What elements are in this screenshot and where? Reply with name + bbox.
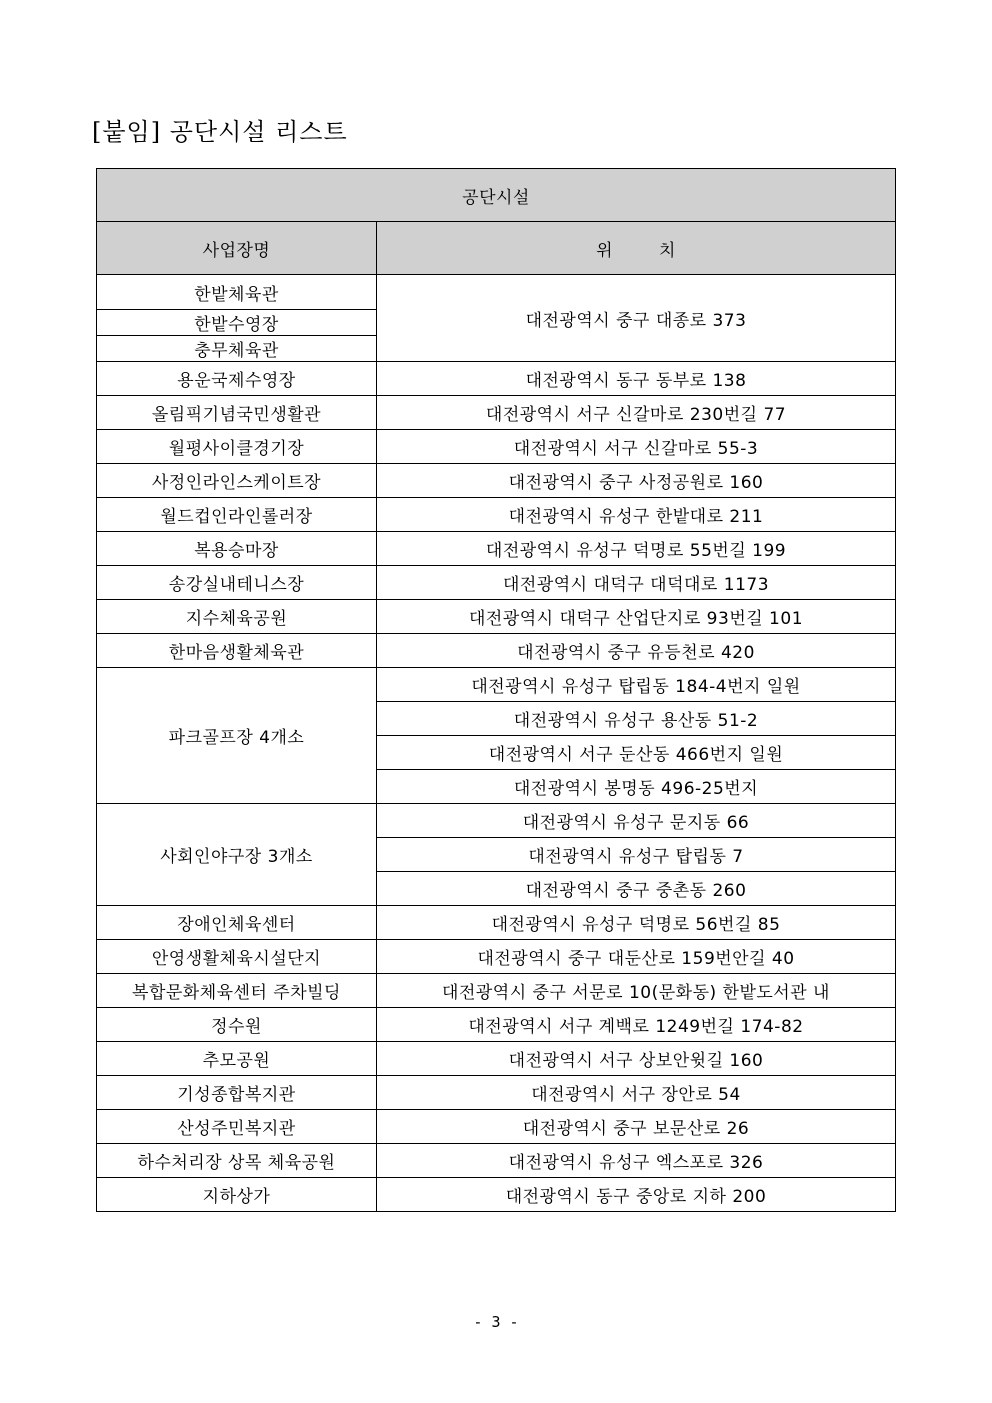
table-row: 올림픽기념국민생활관 대전광역시 서구 신갈마로 230번길 77 <box>97 396 896 430</box>
document-title: [붙임] 공단시설 리스트 <box>92 112 348 147</box>
facility-location: 대전광역시 대덕구 대덕대로 1173 <box>377 566 896 600</box>
facility-name: 월드컵인라인롤러장 <box>97 498 377 532</box>
facility-name: 복용승마장 <box>97 532 377 566</box>
facility-name: 용운국제수영장 <box>97 362 377 396</box>
facility-name: 충무체육관 <box>97 336 377 362</box>
facility-location: 대전광역시 중구 보문산로 26 <box>377 1110 896 1144</box>
table-row: 복용승마장 대전광역시 유성구 덕명로 55번길 199 <box>97 532 896 566</box>
facility-name: 지수체육공원 <box>97 600 377 634</box>
facility-location: 대전광역시 유성구 용산동 51-2 <box>377 702 896 736</box>
facility-location: 대전광역시 유성구 탑립동 7 <box>377 838 896 872</box>
facility-location: 대전광역시 봉명동 496-25번지 <box>377 770 896 804</box>
table-row: 추모공원 대전광역시 서구 상보안윗길 160 <box>97 1042 896 1076</box>
facility-name: 한밭체육관 <box>97 275 377 310</box>
facility-location: 대전광역시 중구 대종로 373 <box>377 275 896 362</box>
facility-name: 송강실내테니스장 <box>97 566 377 600</box>
table-row: 기성종합복지관 대전광역시 서구 장안로 54 <box>97 1076 896 1110</box>
facility-name: 기성종합복지관 <box>97 1076 377 1110</box>
facility-name: 사정인라인스케이트장 <box>97 464 377 498</box>
facility-table: 공단시설 사업장명 위 치 한밭체육관 대전광역시 중구 대종로 373 한밭수… <box>96 168 896 1212</box>
facility-location: 대전광역시 유성구 한밭대로 211 <box>377 498 896 532</box>
table-row: 한밭체육관 대전광역시 중구 대종로 373 <box>97 275 896 310</box>
facility-name: 복합문화체육센터 주차빌딩 <box>97 974 377 1008</box>
table-row: 송강실내테니스장 대전광역시 대덕구 대덕대로 1173 <box>97 566 896 600</box>
facility-location: 대전광역시 유성구 탑립동 184-4번지 일원 <box>377 668 896 702</box>
table-row: 하수처리장 상목 체육공원 대전광역시 유성구 엑스포로 326 <box>97 1144 896 1178</box>
page-number: - 3 - <box>0 1313 992 1331</box>
facility-name: 올림픽기념국민생활관 <box>97 396 377 430</box>
facility-location: 대전광역시 중구 대둔산로 159번안길 40 <box>377 940 896 974</box>
facility-location: 대전광역시 동구 동부로 138 <box>377 362 896 396</box>
facility-location: 대전광역시 서구 장안로 54 <box>377 1076 896 1110</box>
table-row: 복합문화체육센터 주차빌딩 대전광역시 중구 서문로 10(문화동) 한밭도서관… <box>97 974 896 1008</box>
facility-location: 대전광역시 서구 신갈마로 55-3 <box>377 430 896 464</box>
facility-name: 파크골프장 4개소 <box>97 668 377 804</box>
facility-name: 한밭수영장 <box>97 310 377 336</box>
table-row: 정수원 대전광역시 서구 계백로 1249번길 174-82 <box>97 1008 896 1042</box>
column-header-location: 위 치 <box>377 222 896 275</box>
table-row: 월드컵인라인롤러장 대전광역시 유성구 한밭대로 211 <box>97 498 896 532</box>
facility-name: 하수처리장 상목 체육공원 <box>97 1144 377 1178</box>
facility-name: 안영생활체육시설단지 <box>97 940 377 974</box>
facility-location: 대전광역시 유성구 문지동 66 <box>377 804 896 838</box>
facility-name: 월평사이클경기장 <box>97 430 377 464</box>
facility-name: 사회인야구장 3개소 <box>97 804 377 906</box>
facility-location: 대전광역시 유성구 엑스포로 326 <box>377 1144 896 1178</box>
facility-name: 지하상가 <box>97 1178 377 1212</box>
table-row: 사정인라인스케이트장 대전광역시 중구 사정공원로 160 <box>97 464 896 498</box>
facility-name: 추모공원 <box>97 1042 377 1076</box>
facility-location: 대전광역시 중구 사정공원로 160 <box>377 464 896 498</box>
table-row: 장애인체육센터 대전광역시 유성구 덕명로 56번길 85 <box>97 906 896 940</box>
facility-name: 정수원 <box>97 1008 377 1042</box>
facility-location: 대전광역시 유성구 덕명로 56번길 85 <box>377 906 896 940</box>
column-header-name: 사업장명 <box>97 222 377 275</box>
facility-location: 대전광역시 동구 중앙로 지하 200 <box>377 1178 896 1212</box>
facility-location: 대전광역시 유성구 덕명로 55번길 199 <box>377 532 896 566</box>
table-row: 월평사이클경기장 대전광역시 서구 신갈마로 55-3 <box>97 430 896 464</box>
table-row: 지수체육공원 대전광역시 대덕구 산업단지로 93번길 101 <box>97 600 896 634</box>
table-row: 산성주민복지관 대전광역시 중구 보문산로 26 <box>97 1110 896 1144</box>
table-caption: 공단시설 <box>97 169 896 222</box>
table-row: 한마음생활체육관 대전광역시 중구 유등천로 420 <box>97 634 896 668</box>
facility-location: 대전광역시 중구 유등천로 420 <box>377 634 896 668</box>
facility-location: 대전광역시 서구 계백로 1249번길 174-82 <box>377 1008 896 1042</box>
facility-location: 대전광역시 서구 상보안윗길 160 <box>377 1042 896 1076</box>
facility-name: 한마음생활체육관 <box>97 634 377 668</box>
facility-location: 대전광역시 대덕구 산업단지로 93번길 101 <box>377 600 896 634</box>
facility-location: 대전광역시 서구 둔산동 466번지 일원 <box>377 736 896 770</box>
table-row: 안영생활체육시설단지 대전광역시 중구 대둔산로 159번안길 40 <box>97 940 896 974</box>
table-row: 지하상가 대전광역시 동구 중앙로 지하 200 <box>97 1178 896 1212</box>
facility-location: 대전광역시 중구 중촌동 260 <box>377 872 896 906</box>
facility-location: 대전광역시 중구 서문로 10(문화동) 한밭도서관 내 <box>377 974 896 1008</box>
table-row: 용운국제수영장 대전광역시 동구 동부로 138 <box>97 362 896 396</box>
facility-name: 장애인체육센터 <box>97 906 377 940</box>
facility-location: 대전광역시 서구 신갈마로 230번길 77 <box>377 396 896 430</box>
facility-name: 산성주민복지관 <box>97 1110 377 1144</box>
table-row: 파크골프장 4개소 대전광역시 유성구 탑립동 184-4번지 일원 <box>97 668 896 702</box>
table-row: 사회인야구장 3개소 대전광역시 유성구 문지동 66 <box>97 804 896 838</box>
